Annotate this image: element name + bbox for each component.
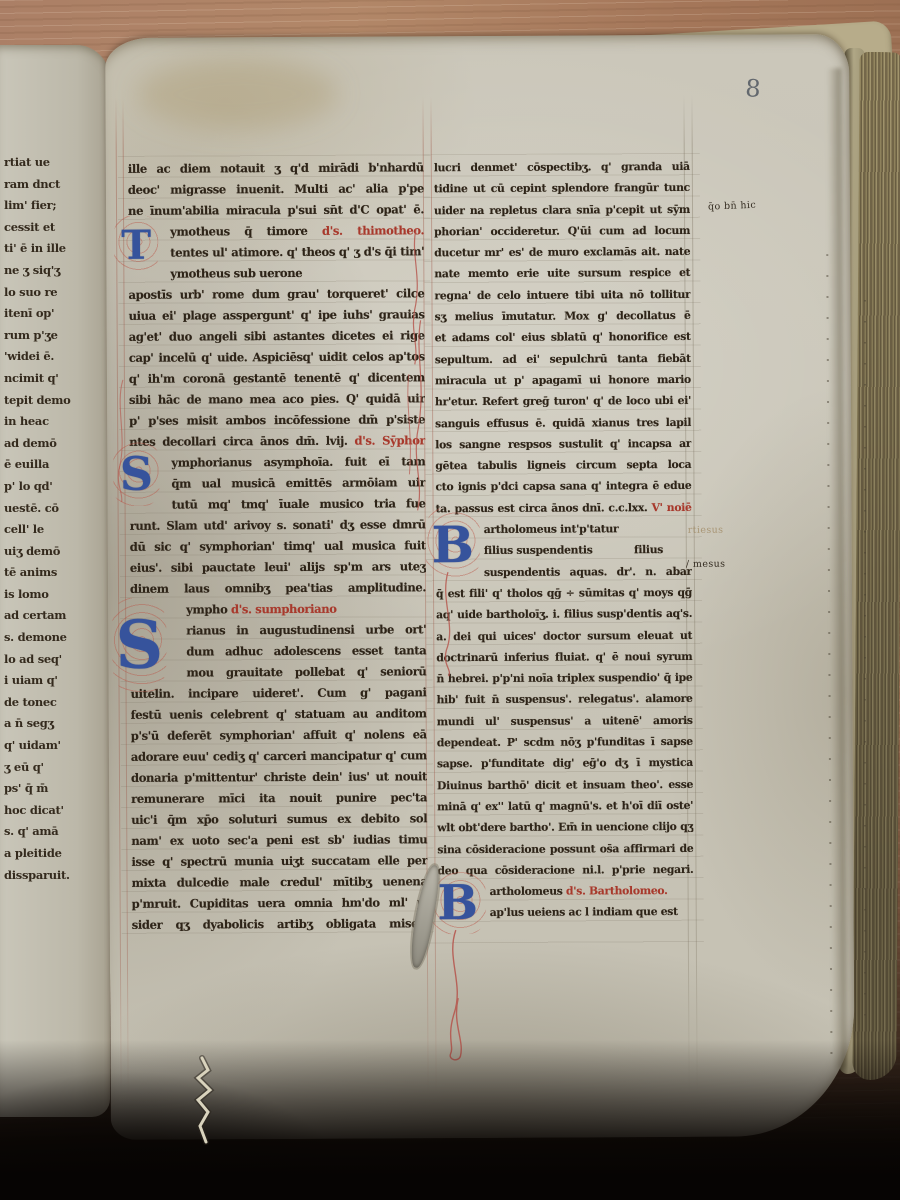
line-text: sider qʒ dyabolicis artibʒ obligata mise… xyxy=(132,916,428,932)
line-text: q' ih'm coronā gestantē tenentē q' dicen… xyxy=(129,370,425,386)
parchment-stain xyxy=(137,59,337,130)
line-text: lucri denmet' cōspectibʒ. q' granda uiā … xyxy=(434,160,690,179)
line-text: runt. Slam utd' arivoy s. sonati' dʒ ess… xyxy=(130,517,426,533)
line-text: filius suspendentis filius xyxy=(484,543,663,557)
text-column-left: ille ac diem notauit ʒ q'd mirādi b'nhar… xyxy=(128,157,428,936)
manuscript-line: nate memto erie uite sursum respice et xyxy=(434,262,690,285)
manuscript-line: regna' de celo intuere tibi uita nō toll… xyxy=(434,284,690,307)
line-text: sanguis effusus ē. quidā xianus tres lap… xyxy=(435,415,691,429)
manuscript-line: sapse. p'funditate dig' eḡ'o dʒ ī mystic… xyxy=(437,752,693,775)
left-page-line-fragment: cell' le xyxy=(4,519,98,541)
line-text: ne īnum'abilia miracula p'sui sn̄t d'C o… xyxy=(128,202,424,218)
left-page-line-fragment: a n̄ segʒ xyxy=(4,713,98,735)
left-page-line-fragment: ram dnct xyxy=(4,174,98,196)
manuscript-line: sibi hāc de mano mea aco pies. Q' quidā … xyxy=(129,388,425,411)
manuscript-line: mixta dulcedie male credul' mītibʒ uenen… xyxy=(131,871,427,894)
line-text: minā q' ex'' latū q' magnū's. et h'oī di… xyxy=(437,799,693,813)
left-page-line-fragment: lim' fier; xyxy=(4,195,98,217)
line-text: tutū mq' tmq' īuale musico tria fue xyxy=(172,496,426,511)
manuscript-line: sina cōsideracione possunt os̄a affirmar… xyxy=(437,837,693,860)
line-text: uitelin. incipare uideret'. Cum g' pagan… xyxy=(131,685,427,701)
left-page-line-fragment: ne ʒ siq'ʒ xyxy=(4,260,98,282)
illuminated-initial-S-large: S xyxy=(112,598,166,692)
line-text: uider na repletus clara snīa p'cepit ut … xyxy=(434,202,690,216)
manuscript-line: q̄ est fili' q' tholos qḡ ÷ sūmitas q' m… xyxy=(436,582,692,605)
line-text: q̄ est fili' q' tholos qḡ ÷ sūmitas q' m… xyxy=(436,586,692,605)
manuscript-line: ducetur mr' es' de muro exclamās ait. na… xyxy=(434,241,690,264)
line-text: suspendentis aquas. dr'. n. abar xyxy=(484,565,692,579)
line-text: dinem laus omnibʒ pea'tias amplitudine. xyxy=(130,580,426,596)
manuscript-line: ne īnum'abilia miracula p'sui sn̄t d'C o… xyxy=(128,199,424,222)
line-text: remunerare mīci ita nouit punire pec'ta xyxy=(131,790,427,806)
manuscript-line: n̄ hebrei. p'p'ni noīa triplex suspendio… xyxy=(436,667,692,690)
manuscript-line: sepultum. ad ei' sepulchrū tanta fiebāt xyxy=(435,348,691,371)
line-text: ap'lus ueiens ac l indiam que est xyxy=(490,905,678,919)
manuscript-line: phorian' occideretur. Q'ūi cum ad locum xyxy=(434,220,690,243)
manuscript-line: ille ac diem notauit ʒ q'd mirādi b'nhar… xyxy=(128,157,424,180)
manuscript-line: hr'etur. Refert greḡ turon' q' de loco u… xyxy=(435,390,691,413)
line-text: hib' fuit n̄ suspensus'. relegatus'. ala… xyxy=(437,692,693,706)
left-page: rtiat ueram dnctlim' fier;cessit etti' ē… xyxy=(0,45,110,1117)
manuscript-line: p'mruit. Cupiditas uera omnia hm'do ml' … xyxy=(132,892,428,915)
left-page-line-fragment: i uiam q' xyxy=(4,670,98,692)
line-text: n̄ hebrei. p'p'ni noīa triplex suspendio… xyxy=(436,671,692,685)
line-text: aq' uide bartholoīʒ. i. filius susp'dent… xyxy=(436,607,692,621)
initial-letter: S xyxy=(115,606,163,684)
manuscript-line: festū uenis celebrent q' statuam au andi… xyxy=(131,703,427,726)
manuscript-line: minā q' ex'' latū q' magnū's. et h'oī di… xyxy=(437,795,693,818)
line-text: sʒ melius īmutatur. Mox g' decollatus ē xyxy=(435,309,691,323)
manuscript-line: hib' fuit n̄ suspensus'. relegatus'. ala… xyxy=(437,688,693,711)
line-text: tidine ut cū cepint splendore frangūr tu… xyxy=(434,181,690,195)
left-page-line-fragment: ʒ eū q' xyxy=(4,757,98,779)
line-text: ille ac diem notauit ʒ q'd mirādi b'nhar… xyxy=(128,160,424,176)
line-text: p'mruit. Cupiditas uera omnia hm'do ml' … xyxy=(132,895,428,911)
right-page-folio-8: 8 ille ac diem notauit ʒ q'd mirādi b'nh… xyxy=(105,34,855,1140)
line-text: sepultum. ad ei' sepulchrū tanta fiebāt xyxy=(435,352,691,366)
manuscript-line: tidine ut cū cepint splendore frangūr tu… xyxy=(434,177,690,200)
manuscript-line: isse q' spectrū munia uiʒt succatam elle… xyxy=(131,850,427,873)
rubric-text: d's. thimotheo. xyxy=(322,223,424,238)
line-text: ag'et' duo angeli sibi astantes dicetes … xyxy=(129,328,425,344)
line-text: gētea tabulis ligneis circum septa loca xyxy=(435,458,691,472)
manuscript-line: dū sic q' symphorian' timq' ual musica f… xyxy=(130,535,426,558)
line-text: dum adhuc adolescens esset tanta xyxy=(186,643,426,658)
line-text: ymotheus sub uerone xyxy=(170,266,302,281)
initial-letter: S xyxy=(120,447,154,501)
left-page-line-fragment: uiʒ demō xyxy=(4,541,98,563)
line-text: artholomeus int'p'tatur xyxy=(484,522,619,536)
line-text: p's'ū deferēt symphorian' affuit q' nole… xyxy=(131,727,427,743)
line-text: tentes ul' atimore. q' theos q' ʒ d's q̄… xyxy=(170,244,424,264)
line-text: eius'. sibi pauctate leui' alijs sp'm ar… xyxy=(130,559,426,575)
line-text: cap' incelū q' uide. Aspiciēsq' uidit ce… xyxy=(129,349,425,365)
parchment-repair-stitch xyxy=(176,1054,228,1150)
fore-edge-page-stack xyxy=(852,52,900,1080)
left-page-line-fragment: rum p'ʒe xyxy=(4,325,98,347)
line-text: ymphorianus asymphoīa. fuit eī tam xyxy=(171,454,425,469)
line-text: sibi hāc de mano mea aco pies. Q' quidā … xyxy=(129,391,425,407)
left-page-line-fragment: cessit et xyxy=(4,217,98,239)
line-text: nate memto erie uite sursum respice et xyxy=(434,266,690,280)
left-page-line-fragment: ti' ē in ille xyxy=(4,238,98,260)
manuscript-line: a. dei qui uices' doctor sursum eleuat u… xyxy=(436,624,692,647)
line-text: phorian' occideretur. Q'ūi cum ad locum xyxy=(434,224,690,238)
manuscript-line: doctrinarū inferius fluiat. q' ē noui sy… xyxy=(436,646,692,669)
line-text: mou grauitate pollebat q' seniorū xyxy=(186,664,426,679)
left-page-text-column: rtiat ueram dnctlim' fier;cessit etti' ē… xyxy=(4,152,98,886)
folio-number: 8 xyxy=(745,74,762,103)
line-text: ntes decollari circa ānos dm̄. lvij. xyxy=(129,434,347,449)
left-page-line-fragment: s. demone xyxy=(4,627,98,649)
manuscript-line: cto ignis p'dci capsa sana q' integra ē … xyxy=(435,475,691,498)
manuscript-line: dum adhuc adolescens esset tanta xyxy=(130,640,426,663)
manuscript-line: q̄m ual musicā emittēs armōiam uir xyxy=(129,472,425,495)
line-text: regna' de celo intuere tibi uita nō toll… xyxy=(434,288,690,302)
line-text: hr'etur. Refert greḡ turon' q' de loco u… xyxy=(435,394,691,408)
rubric-text: V' noiē xyxy=(652,501,692,514)
left-page-line-fragment: lo suo re xyxy=(4,282,98,304)
left-page-line-fragment: in heac xyxy=(4,411,98,433)
line-text: dū sic q' symphorian' timq' ual musica f… xyxy=(130,538,426,554)
line-text: dependeat. P' scdm nōʒ p'funditas ī saps… xyxy=(437,735,693,749)
manuscript-line: Diuinus barthō' dicit et insuam theo'. e… xyxy=(437,773,693,796)
manuscript-line: uiua ei' plage asspergunt' q' ipe iuhs' … xyxy=(129,304,425,327)
left-page-line-fragment: de tonec xyxy=(4,692,98,714)
manuscript-line: apostīs urb' rome dum grau' torqueret' c… xyxy=(128,283,424,306)
manuscript-line: aq' uide bartholoīʒ. i. filius susp'dent… xyxy=(436,603,692,626)
line-text: rianus in augustudinensi urbe ort' xyxy=(186,622,426,637)
left-page-line-fragment: is lomo xyxy=(4,584,98,606)
manuscript-line: eius'. sibi pauctate leui' alijs sp'm ar… xyxy=(130,556,426,579)
pricking-holes-outer xyxy=(864,300,866,1020)
margin-note-lower: / mesus xyxy=(686,559,726,570)
line-text: miracula ut p' apagamī ui honore mario xyxy=(435,373,691,387)
manuscript-line: ymphorianus asymphoīa. fuit eī tam xyxy=(129,451,425,474)
initial-letter: B xyxy=(431,515,474,574)
left-page-line-fragment: dissparuit. xyxy=(4,865,98,887)
manuscript-line: ymotheus q̄ timore d's. thimotheo. xyxy=(128,220,424,243)
line-text: doctrinarū inferius fluiat. q' ē noui sy… xyxy=(436,650,692,664)
line-text: mixta dulcedie male credul' mītibʒ uenen… xyxy=(132,874,428,890)
line-text: isse q' spectrū munia uiʒt succatam elle… xyxy=(131,853,427,869)
manuscript-line: los sangne respsos sustulit q' incapsa a… xyxy=(435,433,691,456)
left-page-line-fragment: ps' q̄ m̄ xyxy=(4,778,98,800)
manuscript-line: dependeat. P' scdm nōʒ p'funditas ī saps… xyxy=(437,731,693,754)
line-text: uic'i q̄m xp̄o soluturi sumus ex debito … xyxy=(131,811,427,827)
manuscript-line: sanguis effusus ē. quidā xianus tres lap… xyxy=(435,411,691,434)
line-text: ympho xyxy=(186,602,227,616)
manuscript-line: deoc' migrasse inuenit. Multi ac' alia p… xyxy=(128,178,424,201)
line-text: festū uenis celebrent q' statuam au andi… xyxy=(131,706,427,722)
initial-letter: T xyxy=(121,221,151,268)
left-page-line-fragment: s. q' amā xyxy=(4,821,98,843)
line-text: artholomeus xyxy=(490,885,563,898)
manuscript-line: tutū mq' tmq' īuale musico tria fue xyxy=(130,493,426,516)
manuscript-line: mou grauitate pollebat q' seniorū xyxy=(130,661,426,684)
manuscript-line: p's'ū deferēt symphorian' affuit q' nole… xyxy=(131,724,427,747)
manuscript-line: sider qʒ dyabolicis artibʒ obligata mise… xyxy=(132,913,428,936)
left-page-line-fragment: ē euilla xyxy=(4,454,98,476)
manuscript-line: ag'et' duo angeli sibi astantes dicetes … xyxy=(129,325,425,348)
illuminated-initial-B: B xyxy=(426,508,480,580)
illuminated-initial-S: S xyxy=(113,442,159,506)
manuscript-line: ntes decollari circa ānos dm̄. lvij. d's… xyxy=(129,430,425,453)
manuscript-line: donaria p'mittentur' christe dein' ius' … xyxy=(131,766,427,789)
line-text: Diuinus barthō' dicit et insuam theo'. e… xyxy=(437,777,693,796)
initial-letter: B xyxy=(437,875,478,931)
line-text: sina cōsideracione possunt os̄a affirmar… xyxy=(437,841,693,855)
left-page-line-fragment: tē anims xyxy=(4,562,98,584)
left-page-line-fragment: lo ad seq' xyxy=(4,649,98,671)
line-text: deoc' migrasse inuenit. Multi ac' alia p… xyxy=(128,181,424,197)
line-text: ducetur mr' es' de muro exclamās ait. na… xyxy=(434,245,690,259)
manuscript-line: lucri denmet' cōspectibʒ. q' granda uiā … xyxy=(434,156,690,179)
left-page-line-fragment: tepit demo xyxy=(4,390,98,412)
left-page-line-fragment: itenī op' xyxy=(4,303,98,325)
manuscript-line: dinem laus omnibʒ pea'tias amplitudine. xyxy=(130,577,426,600)
manuscript-line: remunerare mīci ita nouit punire pec'ta xyxy=(131,787,427,810)
line-text: adorare euu' cediʒ q' carceri mancipatur… xyxy=(131,748,427,764)
manuscript-line: ympho d's. sumphoriano xyxy=(130,598,426,621)
left-page-line-fragment: rtiat ue xyxy=(4,152,98,174)
manuscript-line: uider na repletus clara snīa p'cepit ut … xyxy=(434,198,690,221)
manuscript-line: runt. Slam utd' arivoy s. sonati' dʒ ess… xyxy=(130,514,426,537)
rubric-text: d's. sumphoriano xyxy=(231,602,337,617)
left-page-line-fragment: ncimit q' xyxy=(4,368,98,390)
line-text: ymotheus q̄ timore xyxy=(170,224,307,239)
line-text: donaria p'mittentur' christe dein' ius' … xyxy=(131,769,427,785)
line-text: q̄m ual musicā emittēs armōiam uir xyxy=(171,475,425,490)
manuscript-line: cap' incelū q' uide. Aspiciēsq' uidit ce… xyxy=(129,346,425,369)
margin-note-faded: rtiesus xyxy=(688,525,724,536)
manuscript-line: tentes ul' atimore. q' theos q' ʒ d's q̄… xyxy=(128,241,424,264)
left-page-line-fragment: ad certam xyxy=(4,605,98,627)
manuscript-line: p' p'ses misit ambos incōfessione dm̄ p'… xyxy=(129,409,425,432)
illuminated-initial-T: T xyxy=(114,216,158,274)
line-text: sapse. p'funditate dig' eḡ'o dʒ ī mystic… xyxy=(437,756,693,775)
left-page-line-fragment: ad demō xyxy=(4,433,98,455)
line-text: uiua ei' plage asspergunt' q' ipe iuhs' … xyxy=(129,307,425,323)
line-text: apostīs urb' rome dum grau' torqueret' c… xyxy=(128,286,424,302)
manuscript-line: miracula ut p' apagamī ui honore mario xyxy=(435,369,691,392)
left-page-line-fragment: hoc dicat' xyxy=(4,800,98,822)
line-text: mundi ul' suspensus' a uitenē' amoris ce… xyxy=(437,714,693,733)
manuscript-line: ymotheus sub uerone xyxy=(128,262,424,285)
initial-b2-tail xyxy=(434,928,485,1068)
left-page-line-fragment: q' uidam' xyxy=(4,735,98,757)
manuscript-line: q' ih'm coronā gestantē tenentē q' dicen… xyxy=(129,367,425,390)
line-text: wlt obt'dere bartho'. Em̄ in uencione cl… xyxy=(437,820,693,834)
rubric-text: d's. Bartholomeo. xyxy=(566,884,668,898)
manuscript-line: gētea tabulis ligneis circum septa loca xyxy=(435,454,691,477)
margin-note-top: q̄o bn̄ hic xyxy=(708,200,757,213)
manuscript-line: wlt obt'dere bartho'. Em̄ in uencione cl… xyxy=(437,816,693,839)
manuscript-line: sʒ melius īmutatur. Mox g' decollatus ē xyxy=(435,305,691,328)
left-page-line-fragment: p' lo qd' xyxy=(4,476,98,498)
line-text: cto ignis p'dci capsa sana q' integra ē … xyxy=(435,479,691,493)
line-text: et adams col' eius sblatū q' honorifice … xyxy=(435,330,691,344)
left-page-line-fragment: 'widei ē. xyxy=(4,346,98,368)
manuscript-line: uitelin. incipare uideret'. Cum g' pagan… xyxy=(131,682,427,705)
manuscript-line: uic'i q̄m xp̄o soluturi sumus ex debito … xyxy=(131,808,427,831)
left-page-line-fragment: uestē. cō xyxy=(4,498,98,520)
manuscript-line: rianus in augustudinensi urbe ort' xyxy=(130,619,426,642)
manuscript-line: mundi ul' suspensus' a uitenē' amoris ce… xyxy=(437,710,693,733)
line-text: a. dei qui uices' doctor sursum eleuat u… xyxy=(436,628,692,647)
line-text: los sangne respsos sustulit q' incapsa a… xyxy=(435,437,691,451)
line-text: p' p'ses misit ambos incōfessione dm̄ p'… xyxy=(129,412,425,428)
left-page-line-fragment: a pleitide xyxy=(4,843,98,865)
manuscript-line: et adams col' eius sblatū q' honorifice … xyxy=(435,326,691,349)
manuscript-line: nam' ex uoto sec'a peni est sb' iudias t… xyxy=(131,829,427,852)
line-text: nam' ex uoto sec'a peni est sb' iudias t… xyxy=(131,832,427,848)
manuscript-line: adorare euu' cediʒ q' carceri mancipatur… xyxy=(131,745,427,768)
